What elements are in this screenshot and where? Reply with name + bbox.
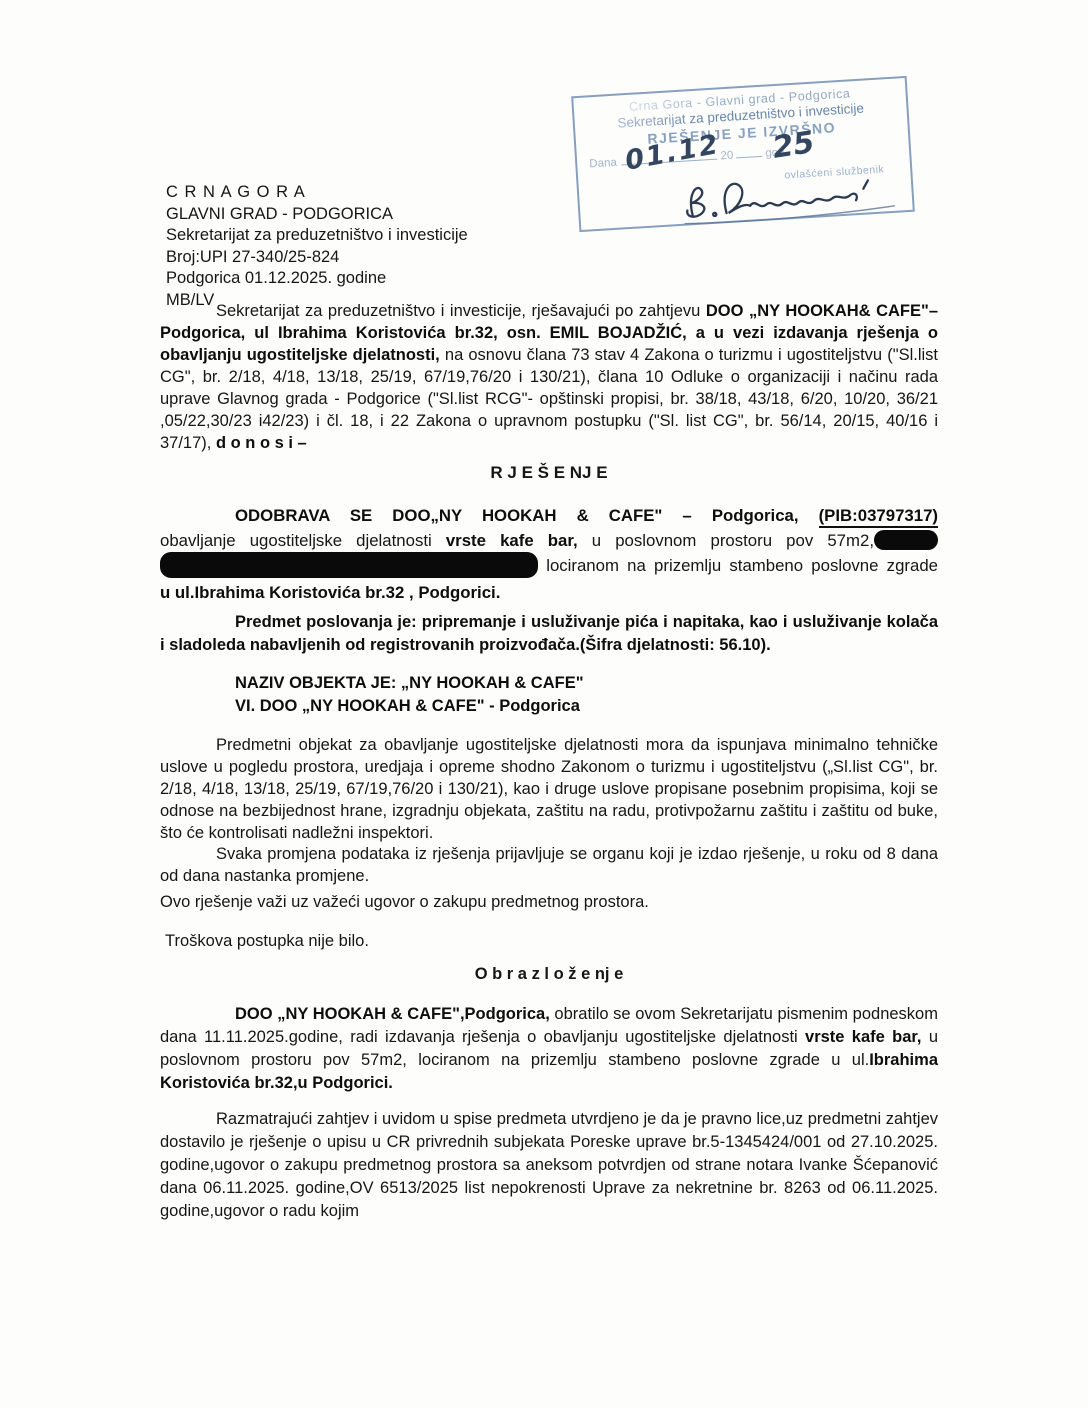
letterhead-case-number: Broj:UPI 27-340/25-824 — [166, 247, 468, 269]
letterhead-city: GLAVNI GRAD - PODGORICA — [166, 204, 468, 226]
text-run: vrste kafe bar, — [446, 531, 578, 550]
costs-line: Troškova postupka nije bilo. — [160, 930, 943, 952]
object-name-section: NAZIV OBJEKTA JE: „NY HOOKAH & CAFE" VI.… — [160, 672, 938, 718]
executive-stamp: Crna Gora - Glavni grad - Podgorica Sekr… — [571, 76, 915, 232]
text-run: ODOBRAVA SE DOO„NY HOOKAH & CAFE" – Podg… — [235, 506, 819, 525]
text-run: Troškova postupka nije bilo. — [165, 932, 369, 950]
approval-paragraph: ODOBRAVA SE DOO„NY HOOKAH & CAFE" – Podg… — [160, 503, 938, 605]
approval-line-3: lociranom na prizemlju stambeno poslovne… — [160, 553, 938, 580]
text-run: obavljanje ugostiteljske djelatnosti — [160, 531, 446, 550]
text-run: d o n o s i – — [216, 434, 307, 452]
stamp-year-printed: 20 — [720, 150, 734, 163]
text-run: VI. DOO „NY HOOKAH & CAFE" - Podgorica — [235, 697, 580, 715]
stamp-date-label: Dana — [589, 157, 617, 171]
redaction-bar — [874, 530, 938, 550]
redaction-bar — [160, 552, 538, 578]
text-run: Ovo rješenje važi uz važeći ugovor o zak… — [160, 893, 649, 911]
text-run: lociranom na prizemlju stambeno poslovne… — [538, 556, 938, 575]
text-run: u ul.Ibrahima Koristovića br.32 , Podgor… — [160, 583, 500, 602]
letterhead: C R N A G O R A GLAVNI GRAD - PODGORICA … — [166, 182, 468, 311]
text-run: Razmatrajući zahtjev i uvidom u spise pr… — [160, 1110, 938, 1220]
text-run: vrste kafe bar, — [805, 1028, 921, 1046]
document-page: Crna Gora - Glavni grad - Podgorica Sekr… — [0, 0, 1088, 1408]
business-subject-paragraph: Predmet poslovanja je: pripremanje i usl… — [160, 611, 938, 657]
approval-line-4: u ul.Ibrahima Koristovića br.32 , Podgor… — [160, 580, 938, 605]
change-notice-paragraph: Svaka promjena podataka iz rješenja prij… — [160, 843, 938, 887]
letterhead-department: Sekretarijat za preduzetništvo i investi… — [166, 225, 468, 247]
text-run: Svaka promjena podataka iz rješenja prij… — [160, 845, 938, 885]
text-run: Predmetni objekat za obavljanje ugostite… — [160, 736, 938, 842]
text-run: Sekretarijat za preduzetništvo i investi… — [216, 302, 706, 320]
approval-line-1: ODOBRAVA SE DOO„NY HOOKAH & CAFE" – Podg… — [160, 503, 938, 528]
object-name-line-2: VI. DOO „NY HOOKAH & CAFE" - Podgorica — [160, 695, 938, 718]
signature-scrawl — [674, 164, 903, 230]
stamp-handwritten-year: 25 — [770, 125, 816, 166]
intro-paragraph: Sekretarijat za preduzetništvo i investi… — [160, 300, 938, 454]
rationale-heading: O b r a z l o ž e nj e — [160, 963, 938, 985]
text-run: DOO „NY HOOKAH & CAFE",Podgorica, — [235, 1005, 550, 1023]
rationale-paragraph-2: Razmatrajući zahtjev i uvidom u spise pr… — [160, 1108, 938, 1223]
validity-line: Ovo rješenje važi uz važeći ugovor o zak… — [160, 891, 938, 913]
text-run: NAZIV OBJEKTA JE: „NY HOOKAH & CAFE" — [235, 674, 584, 692]
letterhead-place-date: Podgorica 01.12.2025. godine — [166, 268, 468, 290]
rationale-paragraph-1: DOO „NY HOOKAH & CAFE",Podgorica, obrati… — [160, 1003, 938, 1095]
approval-line-2: obavljanje ugostiteljske djelatnosti vrs… — [160, 528, 938, 553]
letterhead-country: C R N A G O R A — [166, 182, 468, 204]
decision-heading: R J E Š E NJ E — [160, 462, 938, 484]
object-name-line-1: NAZIV OBJEKTA JE: „NY HOOKAH & CAFE" — [160, 672, 938, 695]
text-run: u poslovnom prostoru pov 57m2, — [578, 531, 874, 550]
conditions-paragraph: Predmetni objekat za obavljanje ugostite… — [160, 734, 938, 844]
text-run: Predmet poslovanja je: pripremanje i usl… — [160, 613, 938, 654]
stamp-year-line — [736, 156, 762, 159]
text-run: (PIB:03797317) — [819, 506, 938, 528]
